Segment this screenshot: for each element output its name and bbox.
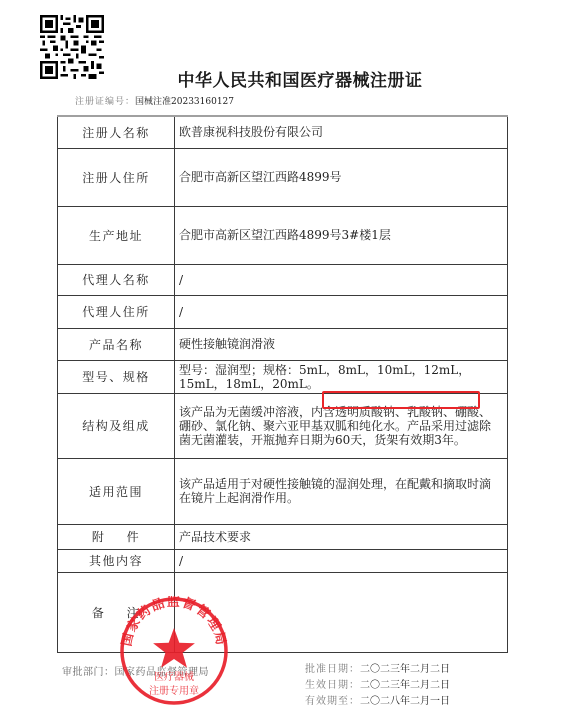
expiry-date: 有效期至：二〇二八年二月一日 <box>305 694 450 710</box>
row-value: 该产品适用于对硬性接触镜的湿润处理，在配戴和摘取时滴在镜片上起润滑作用。 <box>175 458 508 524</box>
table-row: 适用范围 该产品适用于对硬性接触镜的湿润处理，在配戴和摘取时滴在镜片上起润滑作用… <box>58 458 508 524</box>
row-label: 代理人住所 <box>58 295 175 328</box>
row-label: 注册人住所 <box>58 148 175 206</box>
expiry-date-value: 二〇二八年二月一日 <box>360 696 450 707</box>
row-label: 其他内容 <box>58 549 175 572</box>
table-row: 其他内容 / <box>58 549 508 572</box>
registration-number-label: 注册证编号： <box>75 97 135 107</box>
table-row: 结构及组成 该产品为无菌缓冲溶液，内含透明质酸钠、乳酸钠、硼酸、硼砂、氯化钠、聚… <box>58 393 508 458</box>
seal-inner-line2: 注册专用章 <box>149 684 199 697</box>
row-value: 合肥市高新区望江西路4899号 <box>175 148 508 206</box>
row-label: 型号、规格 <box>58 360 175 393</box>
row-value: 合肥市高新区望江西路4899号3#楼1层 <box>175 206 508 264</box>
row-label: 生产地址 <box>58 206 175 264</box>
table-row: 注册人名称 欧普康视科技股份有限公司 <box>58 116 508 148</box>
table-row: 代理人住所 / <box>58 295 508 328</box>
table-row: 备 注 <box>58 572 508 652</box>
row-label: 产品名称 <box>58 328 175 360</box>
row-value: 该产品为无菌缓冲溶液，内含透明质酸钠、乳酸钠、硼酸、硼砂、氯化钠、聚六亚甲基双胍… <box>175 393 508 458</box>
approval-date: 批准日期：二〇二三年二月二日 <box>305 662 450 678</box>
dates-block: 批准日期：二〇二三年二月二日 生效日期：二〇二三年二月二日 有效期至：二〇二八年… <box>305 662 450 710</box>
table-row: 注册人住所 合肥市高新区望江西路4899号 <box>58 148 508 206</box>
approval-department-label: 审批部门： <box>62 667 115 678</box>
effective-date: 生效日期：二〇二三年二月二日 <box>305 678 450 694</box>
approval-date-value: 二〇二三年二月二日 <box>360 664 450 675</box>
approval-department-value: 国家药品监督管理局 <box>115 667 210 678</box>
table-row: 生产地址 合肥市高新区望江西路4899号3#楼1层 <box>58 206 508 264</box>
row-value: 欧普康视科技股份有限公司 <box>175 116 508 148</box>
effective-date-value: 二〇二三年二月二日 <box>360 680 450 691</box>
table-row: 代理人名称 / <box>58 264 508 295</box>
certificate-title: 中华人民共和国医疗器械注册证 <box>0 66 566 91</box>
row-value: / <box>175 264 508 295</box>
row-value: 产品技术要求 <box>175 524 508 549</box>
row-label: 结构及组成 <box>58 393 175 458</box>
row-value: / <box>175 549 508 572</box>
table-row: 型号、规格 型号：湿润型；规格：5mL，8mL，10mL，12mL，15mL，1… <box>58 360 508 393</box>
table-row: 产品名称 硬性接触镜润滑液 <box>58 328 508 360</box>
registration-number: 注册证编号：国械注准20233160127 <box>75 94 234 107</box>
table-row: 附 件 产品技术要求 <box>58 524 508 549</box>
row-label: 代理人名称 <box>58 264 175 295</box>
registration-number-value: 国械注准20233160127 <box>135 97 234 107</box>
certificate-table: 注册人名称 欧普康视科技股份有限公司 注册人住所 合肥市高新区望江西路4899号… <box>57 115 508 653</box>
row-label: 注册人名称 <box>58 116 175 148</box>
row-label: 适用范围 <box>58 458 175 524</box>
row-value: 硬性接触镜润滑液 <box>175 328 508 360</box>
expiry-date-label: 有效期至： <box>305 696 360 707</box>
row-label: 备 注 <box>58 572 175 652</box>
approval-department: 审批部门：国家药品监督管理局 <box>62 663 209 678</box>
row-value <box>175 572 508 652</box>
row-value: 型号：湿润型；规格：5mL，8mL，10mL，12mL，15mL，18mL，20… <box>175 360 508 393</box>
effective-date-label: 生效日期： <box>305 680 360 691</box>
row-value: / <box>175 295 508 328</box>
row-label: 附 件 <box>58 524 175 549</box>
approval-date-label: 批准日期： <box>305 664 360 675</box>
